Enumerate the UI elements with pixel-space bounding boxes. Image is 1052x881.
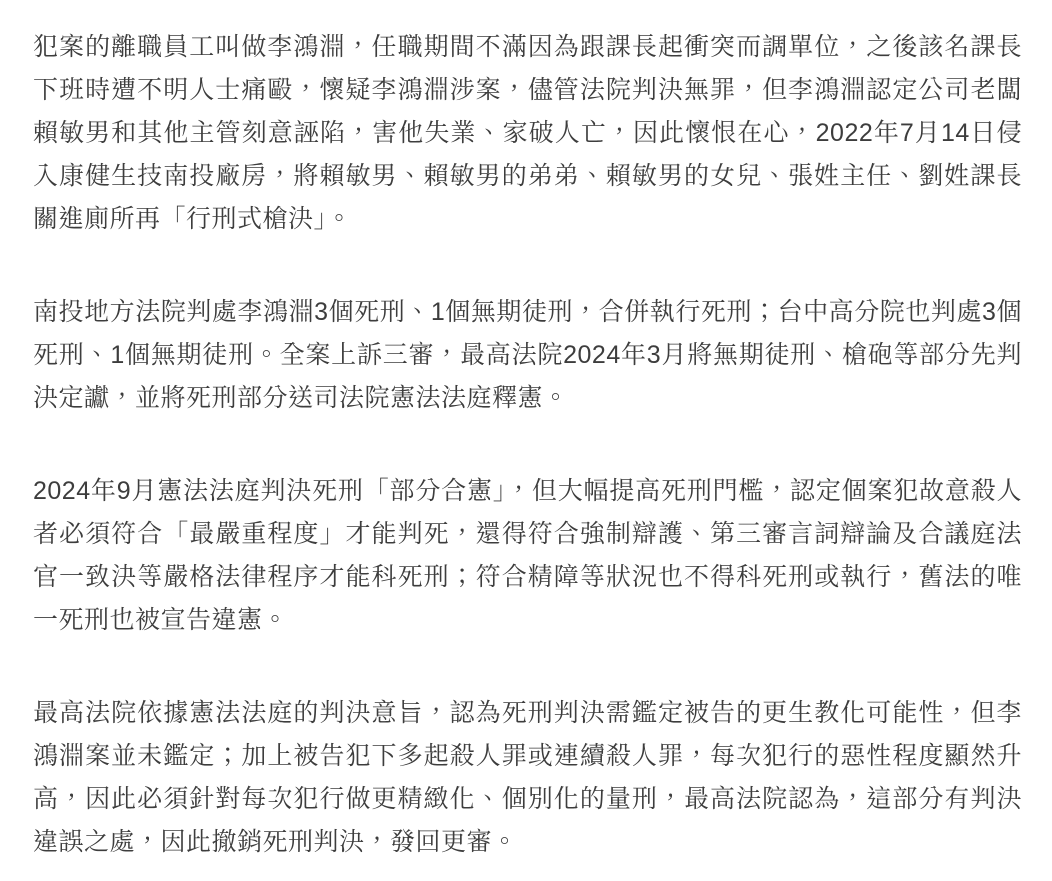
paragraph-court-rulings: 南投地方法院判處李鴻淵3個死刑、1個無期徒刑，合併執行死刑；台中高分院也判處3個…	[33, 291, 1022, 420]
paragraph-supreme-court-remand: 最高法院依據憲法法庭的判決意旨，認為死刑判決需鑑定被告的更生教化可能性，但李鴻淵…	[33, 692, 1022, 864]
article-body: 犯案的離職員工叫做李鴻淵，任職期間不滿因為跟課長起衝突而調單位，之後該名課長下班…	[0, 0, 1052, 864]
paragraph-constitutional-court: 2024年9月憲法法庭判決死刑「部分合憲」，但大幅提高死刑門檻，認定個案犯故意殺…	[33, 470, 1022, 642]
paragraph-case-background: 犯案的離職員工叫做李鴻淵，任職期間不滿因為跟課長起衝突而調單位，之後該名課長下班…	[33, 26, 1022, 241]
